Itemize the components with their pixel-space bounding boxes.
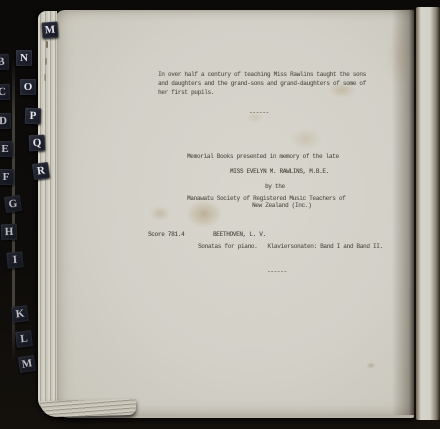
catalog-call-number: Score 781.4 xyxy=(148,230,184,239)
index-tab-f: F xyxy=(0,169,14,185)
index-tab-m-turned: M xyxy=(18,355,36,373)
binding-mark xyxy=(45,58,47,65)
index-tab-b: B xyxy=(0,54,9,71)
index-tab-m: M xyxy=(41,21,58,38)
memorial-line-3: by the xyxy=(265,182,285,191)
page-stain xyxy=(186,200,222,228)
binding-mark xyxy=(46,41,48,48)
index-tab-o: O xyxy=(20,79,36,95)
binding-mark xyxy=(44,74,46,81)
index-tab-k: K xyxy=(11,305,29,323)
index-tab-r: R xyxy=(32,162,50,180)
page-stain xyxy=(150,206,170,221)
index-tab-c: C xyxy=(0,84,10,101)
index-tab-d: D xyxy=(0,113,11,129)
index-tab-g: G xyxy=(4,195,22,213)
catalog-author: BEETHOVEN, L. V. xyxy=(213,230,266,239)
divider-dashes: ------ xyxy=(249,108,269,117)
page-corner-stack xyxy=(40,399,136,418)
page-stain xyxy=(290,128,322,150)
divider-dashes: ------ xyxy=(267,267,287,276)
index-tab-q: Q xyxy=(29,135,46,152)
photo-of-open-index-book: B C D E F G H I K L M M N O P Q R In ove… xyxy=(0,0,440,429)
catalog-title: Sonatas for piano. Klaviersonaten: Band … xyxy=(198,242,383,251)
index-tab-i: I xyxy=(6,251,23,268)
memorial-country: New Zealand (Inc.) xyxy=(252,201,311,210)
index-tab-p: P xyxy=(25,108,42,125)
memorial-name: MISS EVELYN M. RAWLINS, M.B.E. xyxy=(230,167,329,176)
facing-page-edge xyxy=(416,7,440,420)
page-edge-stack xyxy=(38,11,57,413)
intro-paragraph: In over half a century of teaching Miss … xyxy=(158,70,366,97)
page-stain xyxy=(366,362,376,369)
index-tab-n: N xyxy=(16,50,32,66)
gutter-shadow xyxy=(392,9,416,415)
index-tab-e: E xyxy=(0,141,13,157)
index-tab-l: L xyxy=(15,330,33,348)
memorial-line-1: Memorial Books presented in memory of th… xyxy=(187,152,339,161)
index-tab-h: H xyxy=(1,224,18,241)
